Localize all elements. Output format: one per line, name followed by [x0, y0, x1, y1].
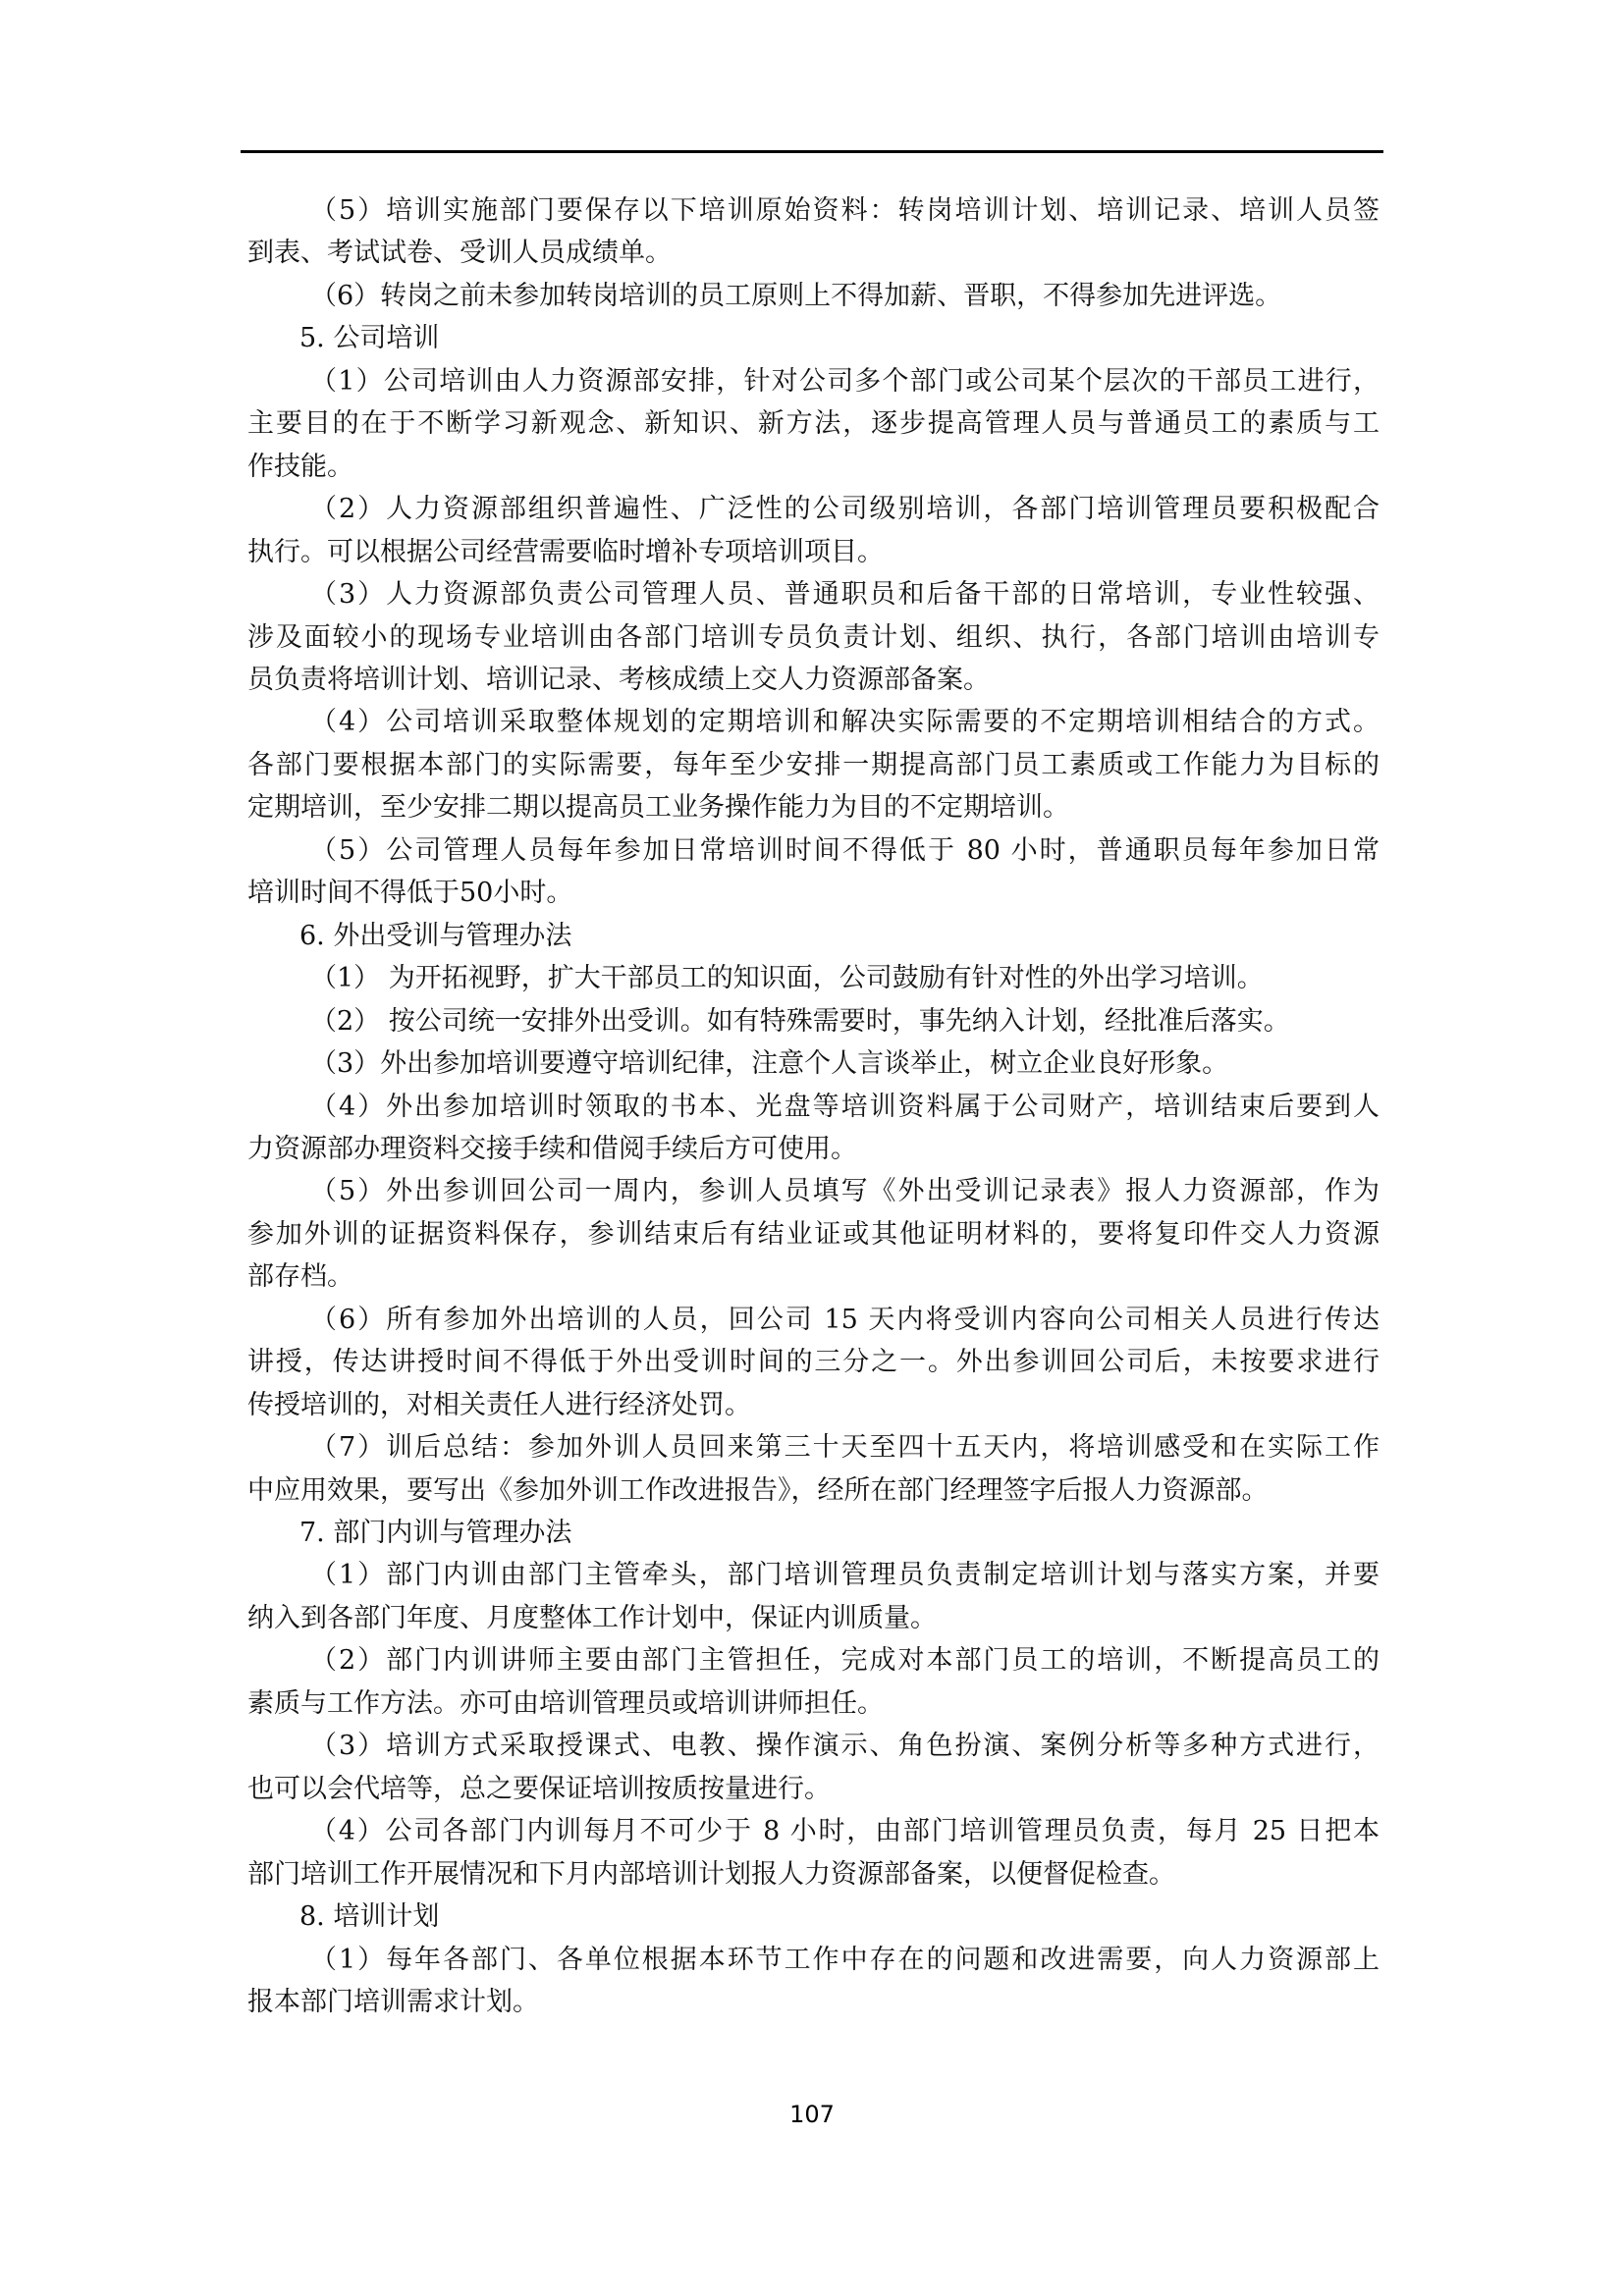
text-line: 传授培训的，对相关责任人进行经济处罚。: [247, 1384, 1380, 1427]
section-heading: 6. 外出受训与管理办法: [299, 915, 1380, 958]
text-line: 素质与工作方法。亦可由培训管理员或培训讲师担任。: [247, 1682, 1380, 1726]
text-line: （5）外出参训回公司一周内，参训人员填写《外出受训记录表》报人力资源部，作为: [310, 1170, 1380, 1213]
text-line: 主要目的在于不断学习新观念、新知识、新方法，逐步提高管理人员与普通员工的素质与工: [247, 402, 1380, 446]
text-line: 参加外训的证据资料保存，参训结束后有结业证或其他证明材料的，要将复印件交人力资源: [247, 1213, 1380, 1256]
page-number: 107: [0, 2101, 1624, 2128]
text-line: （5）公司管理人员每年参加日常培训时间不得低于 80 小时，普通职员每年参加日常: [310, 829, 1380, 873]
text-line: 涉及面较小的现场专业培训由各部门培训专员负责计划、组织、执行，各部门培训由培训专: [247, 616, 1380, 660]
text-line: 执行。可以根据公司经营需要临时增补专项培训项目。: [247, 531, 1380, 574]
text-line: （3）培训方式采取授课式、电教、操作演示、角色扮演、案例分析等多种方式进行，: [310, 1725, 1380, 1768]
section-heading: 5. 公司培训: [299, 317, 1380, 360]
text-line: 中应用效果，要写出《参加外训工作改进报告》，经所在部门经理签字后报人力资源部。: [247, 1469, 1380, 1513]
text-line: （1）公司培训由人力资源部安排，针对公司多个部门或公司某个层次的干部员工进行，: [310, 360, 1380, 403]
text-line: 到表、考试试卷、受训人员成绩单。: [247, 232, 1380, 275]
text-line: （4）外出参加培训时领取的书本、光盘等培训资料属于公司财产，培训结束后要到人: [310, 1086, 1380, 1129]
text-line: 报本部门培训需求计划。: [247, 1981, 1380, 2024]
text-line: （1）部门内训由部门主管牵头，部门培训管理员负责制定培训计划与落实方案，并要: [310, 1554, 1380, 1597]
text-line: 员负责将培训计划、培训记录、考核成绩上交人力资源部备案。: [247, 659, 1380, 702]
section-heading: 7. 部门内训与管理办法: [299, 1512, 1380, 1555]
text-line: 讲授，传达讲授时间不得低于外出受训时间的三分之一。外出参训回公司后，未按要求进行: [247, 1341, 1380, 1384]
text-line: （4）公司各部门内训每月不可少于 8 小时，由部门培训管理员负责，每月 25 日…: [310, 1810, 1380, 1853]
header-rule: [241, 150, 1383, 153]
text-line: 部门培训工作开展情况和下月内部培训计划报人力资源部备案，以便督促检查。: [247, 1853, 1380, 1896]
text-line: 作技能。: [247, 446, 1380, 489]
text-line: （7）训后总结：参加外训人员回来第三十天至四十五天内，将培训感受和在实际工作: [310, 1426, 1380, 1469]
text-line: （3）人力资源部负责公司管理人员、普通职员和后备干部的日常培训，专业性较强、: [310, 573, 1380, 616]
text-line: 定期培训，至少安排二期以提高员工业务操作能力为目的不定期培训。: [247, 786, 1380, 829]
text-line: 力资源部办理资料交接手续和借阅手续后方可使用。: [247, 1128, 1380, 1171]
text-line: （1）每年各部门、各单位根据本环节工作中存在的问题和改进需要，向人力资源部上: [310, 1939, 1380, 1982]
text-line: 也可以会代培等，总之要保证培训按质按量进行。: [247, 1768, 1380, 1811]
text-line: （3）外出参加培训要遵守培训纪律，注意个人言谈举止，树立企业良好形象。: [310, 1042, 1380, 1086]
text-line: （2）人力资源部组织普遍性、广泛性的公司级别培训，各部门培训管理员要积极配合: [310, 488, 1380, 531]
text-line: 部存档。: [247, 1255, 1380, 1299]
text-line: 培训时间不得低于50小时。: [247, 872, 1380, 915]
text-line: （6）所有参加外出培训的人员，回公司 15 天内将受训内容向公司相关人员进行传达: [310, 1299, 1380, 1342]
text-line: 各部门要根据本部门的实际需要，每年至少安排一期提高部门员工素质或工作能力为目标的: [247, 744, 1380, 787]
text-line: （1） 为开拓视野，扩大干部员工的知识面，公司鼓励有针对性的外出学习培训。: [310, 957, 1380, 1000]
section-heading: 8. 培训计划: [299, 1896, 1380, 1939]
text-line: （5）培训实施部门要保存以下培训原始资料：转岗培训计划、培训记录、培训人员签: [310, 189, 1380, 233]
text-line: （4）公司培训采取整体规划的定期培训和解决实际需要的不定期培训相结合的方式。: [310, 701, 1380, 744]
text-line: 纳入到各部门年度、月度整体工作计划中，保证内训质量。: [247, 1597, 1380, 1640]
text-line: （2） 按公司统一安排外出受训。如有特殊需要时，事先纳入计划，经批准后落实。: [310, 1000, 1380, 1043]
text-line: （2）部门内训讲师主要由部门主管担任，完成对本部门员工的培训，不断提高员工的: [310, 1639, 1380, 1682]
text-line: （6）转岗之前未参加转岗培训的员工原则上不得加薪、晋职，不得参加先进评选。: [310, 275, 1380, 318]
